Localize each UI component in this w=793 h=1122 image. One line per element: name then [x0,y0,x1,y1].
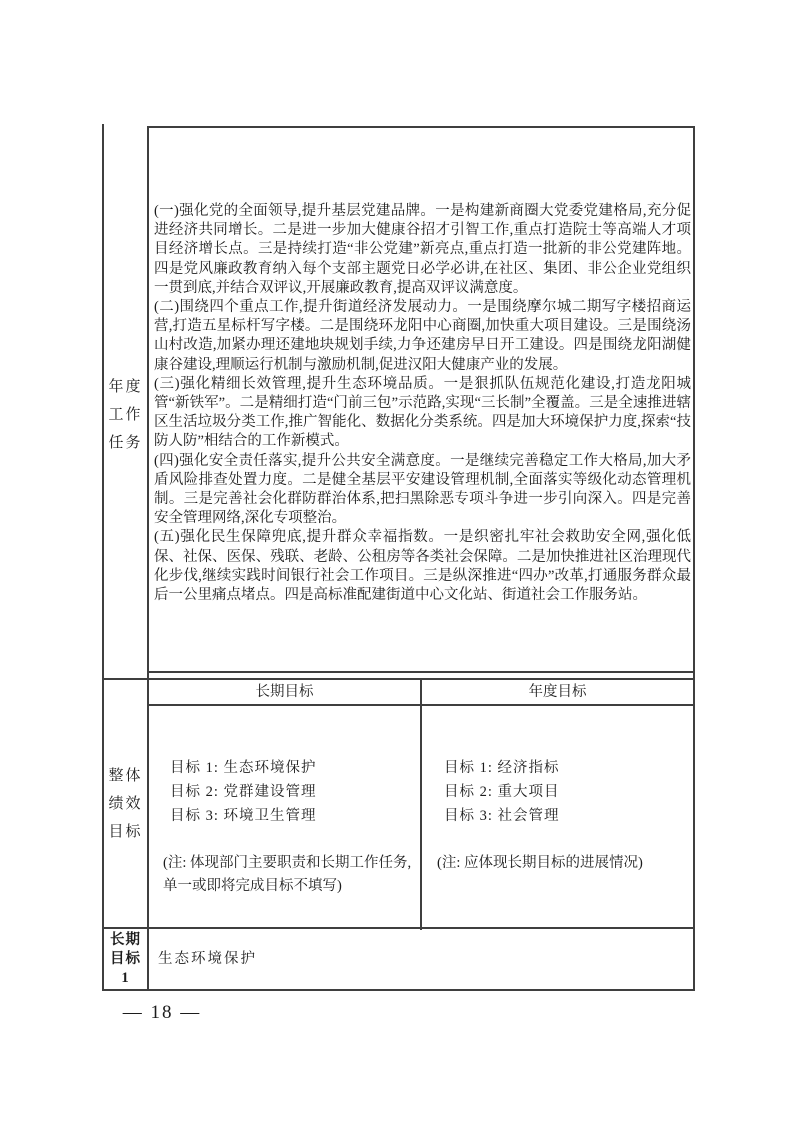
task-paragraph-4: (四)强化安全责任落实,提升公共安全满意度。一是继续完善稳定工作大格局,加大矛盾… [154,452,691,529]
table-label-column-divider [147,126,149,991]
row-label-line: 长期 [102,931,149,950]
row-label-line: 目标 [102,950,149,969]
long-term-goals-note: (注: 体现部门主要职责和长期工作任务,单一或即将完成目标不填写) [163,852,413,898]
table-border-left [102,124,104,991]
row-label-annual-work-tasks: 年度 工作 任务 [102,373,149,457]
task-paragraph-3: (三)强化精细长效管理,提升生态环境品质。一是狠抓队伍规范化建设,打造龙阳城管“… [154,375,691,452]
long-term-goal-1-content: 生态环境保护 [158,929,688,989]
task-paragraph-1: (一)强化党的全面领导,提升基层党建品牌。一是构建新商圈大党委党建格局,充分促进… [154,202,691,298]
tasks-cell-bottom-border [147,671,695,673]
goals-header-bottom-border [147,704,695,706]
row-label-line: 整体 [102,762,149,790]
page-number: — 18 — [108,1002,216,1024]
goal-item: 目标 1: 经济指标 [444,756,560,780]
long-term-goals-list: 目标 1: 生态环境保护 目标 2: 党群建设管理 目标 3: 环境卫生管理 [170,756,317,828]
row-label-line: 任务 [102,429,149,457]
row-label-overall-performance-goals: 整体 绩效 目标 [102,762,149,846]
task-paragraph-5: (五)强化民生保障兜底,提升群众幸福指数。一是织密扎牢社会救助安全网,强化低保、… [154,528,691,605]
row-label-line: 工作 [102,401,149,429]
annual-tasks-cell: (一)强化党的全面领导,提升基层党建品牌。一是构建新商圈大党委党建格局,充分促进… [154,202,691,605]
row-label-line: 绩效 [102,790,149,818]
goal-item: 目标 3: 环境卫生管理 [170,804,317,828]
goal-item: 目标 2: 党群建设管理 [170,780,317,804]
row-label-line: 1 [102,969,149,988]
annual-goals-list: 目标 1: 经济指标 目标 2: 重大项目 目标 3: 社会管理 [444,756,560,828]
annual-goals-header: 年度目标 [422,680,693,704]
goals-column-divider [420,678,422,930]
row-label-line: 目标 [102,818,149,846]
annual-goals-note: (注: 应体现长期目标的进展情况) [437,852,689,875]
goal-item: 目标 1: 生态环境保护 [170,756,317,780]
row-label-line: 年度 [102,373,149,401]
long-term-goals-header: 长期目标 [149,680,420,704]
table-border-right [693,126,695,991]
document-page: 年度 工作 任务 (一)强化党的全面领导,提升基层党建品牌。一是构建新商圈大党委… [0,0,793,1122]
table-border-bottom [102,989,695,991]
table-border-top [147,126,695,128]
task-paragraph-2: (二)围绕四个重点工作,提升街道经济发展动力。一是围绕摩尔城二期写字楼招商运营,… [154,298,691,375]
goal-item: 目标 3: 社会管理 [444,804,560,828]
row-label-long-term-goal-1: 长期 目标 1 [102,931,149,988]
goal-item: 目标 2: 重大项目 [444,780,560,804]
